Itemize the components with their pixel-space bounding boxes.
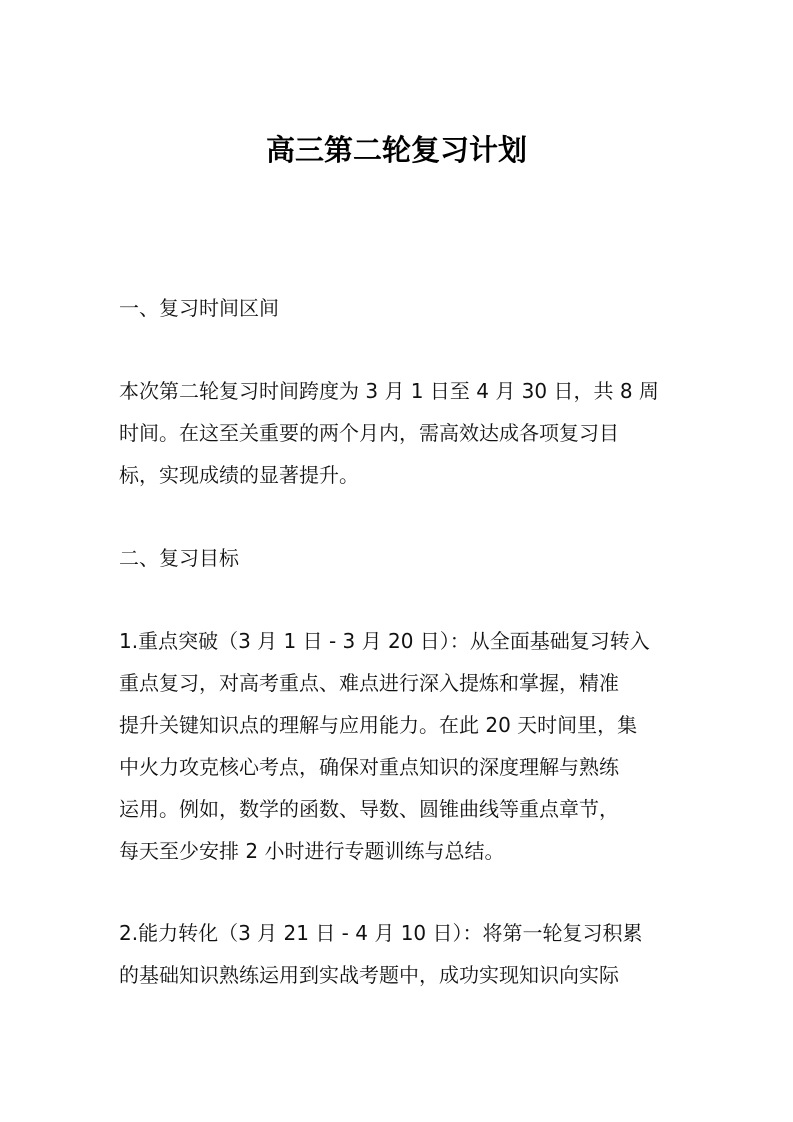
text-line: 中火力攻克核心考点，确保对重点知识的深度理解与熟练 bbox=[119, 746, 679, 788]
section-heading-review-goals: 二、复习目标 bbox=[119, 537, 239, 579]
text-line: 时间。在这至关重要的两个月内，需高效达成各项复习目 bbox=[119, 412, 679, 454]
document-title: 高三第二轮复习计划 bbox=[0, 128, 793, 169]
text-line: 运用。例如，数学的函数、导数、圆锥曲线等重点章节， bbox=[119, 788, 679, 830]
text-line: 2.能力转化（3 月 21 日 - 4 月 10 日）：将第一轮复习积累 bbox=[119, 912, 679, 954]
text-line: 标，实现成绩的显著提升。 bbox=[119, 454, 679, 496]
paragraph-goal-1: 1.重点突破（3 月 1 日 - 3 月 20 日）：从全面基础复习转入 重点复… bbox=[119, 620, 679, 872]
text-line: 1.重点突破（3 月 1 日 - 3 月 20 日）：从全面基础复习转入 bbox=[119, 620, 679, 662]
text-line: 每天至少安排 2 小时进行专题训练与总结。 bbox=[119, 830, 679, 872]
paragraph-goal-2: 2.能力转化（3 月 21 日 - 4 月 10 日）：将第一轮复习积累 的基础… bbox=[119, 912, 679, 996]
paragraph-review-period: 本次第二轮复习时间跨度为 3 月 1 日至 4 月 30 日，共 8 周 时间。… bbox=[119, 370, 679, 496]
text-line: 本次第二轮复习时间跨度为 3 月 1 日至 4 月 30 日，共 8 周 bbox=[119, 370, 679, 412]
text-line: 重点复习，对高考重点、难点进行深入提炼和掌握，精准 bbox=[119, 662, 679, 704]
text-line: 的基础知识熟练运用到实战考题中，成功实现知识向实际 bbox=[119, 954, 679, 996]
section-heading-review-period: 一、复习时间区间 bbox=[119, 287, 279, 329]
text-line: 提升关键知识点的理解与应用能力。在此 20 天时间里，集 bbox=[119, 704, 679, 746]
document-page: 高三第二轮复习计划 一、复习时间区间 本次第二轮复习时间跨度为 3 月 1 日至… bbox=[0, 0, 793, 1122]
